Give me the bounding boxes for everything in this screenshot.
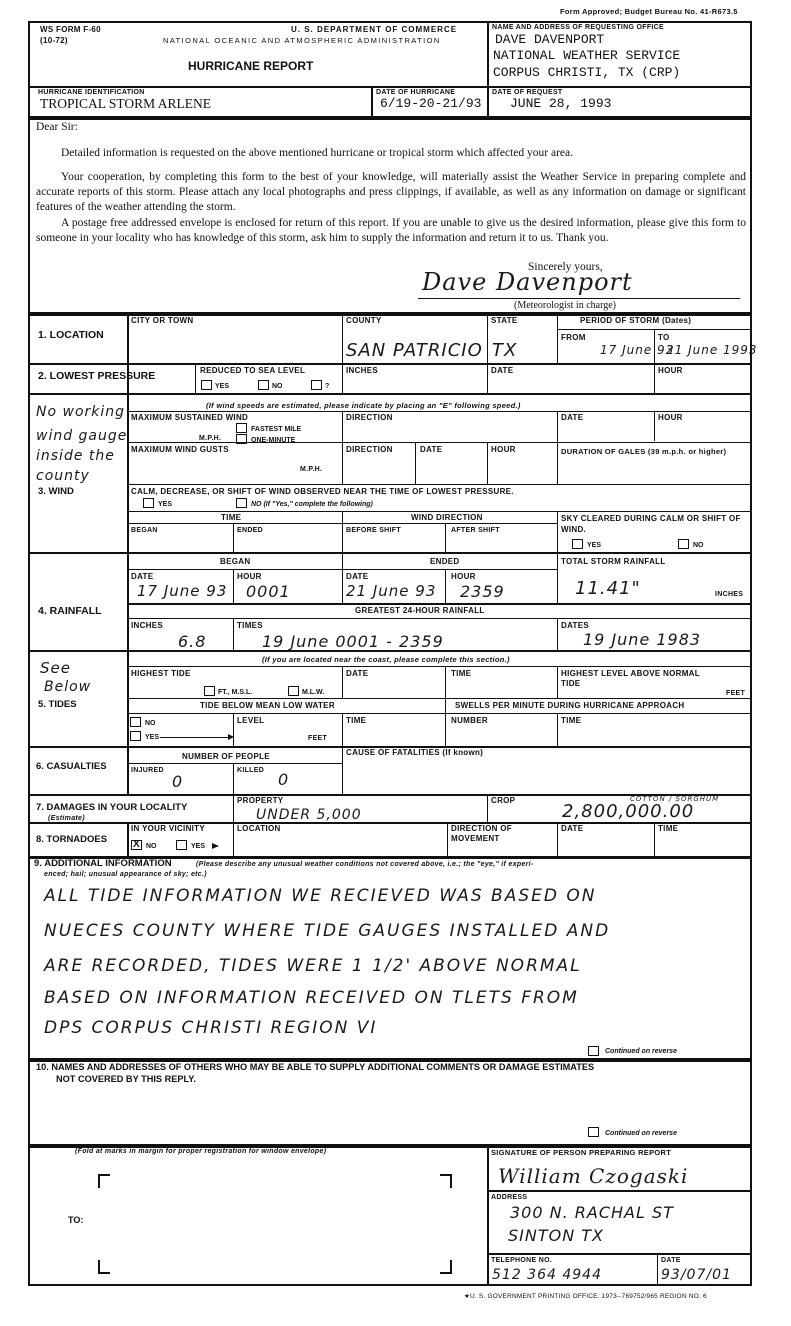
sky-no-checkbox[interactable] [678, 539, 689, 549]
others-continued-checkbox[interactable] [588, 1127, 599, 1137]
reduced-label: REDUCED TO SEA LEVEL [200, 367, 305, 375]
number-of-people-label: NUMBER OF PEOPLE [182, 753, 270, 761]
form-date: (10-72) [40, 37, 68, 45]
county-label: COUNTY [346, 317, 382, 325]
injured-label: INJURED [131, 767, 164, 774]
signature-label: SIGNATURE OF PERSON PREPARING REPORT [491, 1149, 671, 1157]
section-tornadoes: 8. TORNADOES [36, 835, 107, 845]
state-label: STATE [491, 317, 518, 325]
section-casualties: 6. CASUALTIES [36, 762, 107, 772]
tornado-yes-checkbox[interactable] [176, 840, 187, 850]
after-shift-label: AFTER SHIFT [451, 527, 500, 534]
rain-ended-date-label: DATE [346, 573, 368, 581]
city-label: CITY OR TOWN [131, 317, 193, 325]
additional-info-line[interactable]: BASED ON INFORMATION RECEIVED ON TLETS F… [44, 990, 579, 1007]
fold-mark-icon [440, 1174, 452, 1188]
ended-label: ENDED [237, 527, 263, 534]
before-shift-label: BEFORE SHIFT [346, 527, 401, 534]
additional-info-line[interactable]: ALL TIDE INFORMATION WE RECIEVED WAS BAS… [44, 888, 596, 905]
date-of-hurricane-label: DATE OF HURRICANE [376, 89, 455, 96]
cause-of-fatalities-label: CAUSE OF FATALITIES (If known) [346, 749, 483, 757]
wind-margin-note: No working [36, 405, 125, 419]
total-rainfall-label: TOTAL STORM RAINFALL [561, 558, 666, 566]
killed-value[interactable]: 0 [278, 772, 289, 788]
section-lowest-pressure: 2. LOWEST PRESSURE [38, 371, 155, 383]
below-mlw-yes-checkbox[interactable] [130, 731, 141, 741]
rain-ended-hour[interactable]: 2359 [460, 584, 505, 600]
letter-paragraph: Detailed information is requested on the… [36, 146, 746, 161]
damages-estimate: (Estimate) [48, 815, 85, 822]
arrow-right-icon [212, 843, 219, 849]
rain-began-date[interactable]: 17 June 93 [137, 584, 227, 599]
below-mlw-level-label: LEVEL [237, 717, 264, 725]
highest-level-label: HIGHEST LEVEL ABOVE NORMAL [561, 670, 700, 678]
sky-yes-checkbox[interactable] [572, 539, 583, 549]
property-value[interactable]: UNDER 5,000 [256, 808, 362, 822]
footer-date-value[interactable]: 93/07/01 [661, 1268, 732, 1282]
preparer-signature[interactable]: William Czogaski [498, 1166, 688, 1186]
rain-ended-label: ENDED [430, 558, 460, 566]
telephone-label: TELEPHONE NO. [491, 1257, 552, 1264]
max-sustained-label: MAXIMUM SUSTAINED WIND [131, 414, 248, 422]
swells-number-label: NUMBER [451, 717, 488, 725]
section-damages: 7. DAMAGES IN YOUR LOCALITY [36, 803, 187, 813]
wind-direction-label: WIND DIRECTION [411, 514, 483, 522]
pressure-inches-label: INCHES [346, 367, 378, 375]
form-number: WS FORM F-60 [40, 26, 101, 34]
header-rule [28, 86, 752, 88]
hurricane-id-value: TROPICAL STORM ARLENE [40, 97, 211, 111]
page-title: HURRICANE REPORT [188, 60, 313, 73]
greatest-inches-value[interactable]: 6.8 [178, 634, 206, 650]
sky-cleared-label: SKY CLEARED DURING CALM OR SHIFT OF WIND… [561, 513, 747, 535]
period-label: PERIOD OF STORM (Dates) [580, 317, 691, 325]
rain-began-hour[interactable]: 0001 [246, 584, 291, 600]
tornado-time-label: TIME [658, 825, 678, 833]
greatest-inches-label: INCHES [131, 622, 163, 630]
pressure-no-checkbox[interactable] [258, 380, 269, 390]
pressure-unknown-checkbox[interactable] [311, 380, 322, 390]
sustained-direction-label: DIRECTION [346, 414, 393, 422]
rain-began-hour-label: HOUR [237, 573, 262, 581]
address-line[interactable]: 300 N. RACHAL ST [510, 1205, 674, 1221]
tornado-direction-label: DIRECTION OF [451, 825, 512, 833]
from-value[interactable]: 17 June 93 [600, 344, 674, 356]
crop-value[interactable]: 2,800,000.00 [562, 803, 694, 821]
hurricane-id-label: HURRICANE IDENTIFICATION [38, 89, 145, 96]
calm-yes-checkbox[interactable] [143, 498, 154, 508]
from-label: FROM [561, 334, 586, 342]
calm-shift-label: CALM, DECREASE, OR SHIFT OF WIND OBSERVE… [131, 488, 514, 496]
rain-began-label: BEGAN [220, 558, 250, 566]
fastest-mile-checkbox[interactable] [236, 423, 247, 433]
coast-note: (If you are located near the coast, plea… [262, 656, 510, 664]
department: U. S. DEPARTMENT OF COMMERCE [291, 26, 457, 34]
administration: NATIONAL OCEANIC AND ATMOSPHERIC ADMINIS… [163, 37, 441, 45]
tide-time-label: TIME [451, 670, 471, 678]
letter-signature: Dave Davenport [422, 270, 633, 294]
gusts-date-label: DATE [420, 446, 442, 454]
below-mlw-label: TIDE BELOW MEAN LOW WATER [200, 702, 335, 710]
fold-mark-icon [440, 1260, 452, 1274]
state-value[interactable]: TX [492, 342, 517, 360]
tides-margin-note: Below [44, 680, 91, 694]
additional-info-line[interactable]: DPS CORPUS CHRISTI REGION VI [44, 1020, 377, 1037]
pressure-date-label: DATE [491, 367, 513, 375]
tornado-no-checkbox[interactable] [131, 840, 142, 850]
section-others: 10. NAMES AND ADDRESSES OF OTHERS WHO MA… [36, 1062, 594, 1072]
pressure-hour-label: HOUR [658, 367, 683, 375]
tornado-date-label: DATE [561, 825, 583, 833]
wind-margin-note: inside the [36, 449, 115, 463]
calm-no-checkbox[interactable] [236, 498, 247, 508]
section-wind: 3. WIND [38, 487, 74, 497]
to-label: TO [658, 334, 670, 342]
total-rainfall-value[interactable]: 11.41" [575, 580, 641, 598]
wind-estimate-note: (If wind speeds are estimated, please in… [206, 402, 521, 410]
requesting-office-label: NAME AND ADDRESS OF REQUESTING OFFICE [492, 24, 664, 31]
to-label: TO: [68, 1216, 83, 1226]
max-gusts-label: MAXIMUM WIND GUSTS [131, 446, 229, 454]
printing-office: ★U. S. GOVERNMENT PRINTING OFFICE: 1973-… [464, 1294, 707, 1301]
pressure-yes-checkbox[interactable] [201, 380, 212, 390]
began-label: BEGAN [131, 527, 158, 534]
injured-value[interactable]: 0 [172, 774, 183, 790]
arrow-right-icon [160, 737, 232, 738]
county-value[interactable]: SAN PATRICIO [346, 342, 483, 360]
rain-ended-date[interactable]: 21 June 93 [346, 584, 436, 599]
letter-paragraph: Your cooperation, by completing this for… [36, 170, 746, 215]
additional-instructions: (Please describe any unusual weather con… [196, 861, 534, 868]
sustained-date-label: DATE [561, 414, 583, 422]
killed-label: KILLED [237, 767, 264, 774]
tides-margin-note: See [40, 661, 71, 676]
letter-paragraph: A postage free addressed envelope is enc… [36, 216, 746, 246]
date-of-request-label: DATE OF REQUEST [492, 89, 562, 96]
date-of-hurricane-value: 6/19-20-21/93 [380, 97, 481, 110]
section-additional-info: 9. ADDITIONAL INFORMATION [34, 859, 172, 869]
vicinity-label: IN YOUR VICINITY [131, 825, 205, 833]
tide-date-label: DATE [346, 670, 368, 678]
crop-label: CROP [491, 797, 515, 805]
additional-continued-checkbox[interactable] [588, 1046, 599, 1056]
header-divider [487, 21, 489, 118]
form-approval: Form Approved; Budget Bureau No. 41-R673… [560, 8, 738, 16]
section-tides: 5. TIDES [38, 700, 77, 710]
additional-info-line[interactable]: NUECES COUNTY WHERE TIDE GAUGES INSTALLE… [44, 923, 610, 940]
signer-title: (Meteorologist in charge) [514, 298, 616, 313]
section-location: 1. LOCATION [38, 330, 104, 342]
tornado-location-label: LOCATION [237, 825, 281, 833]
property-label: PROPERTY [237, 797, 283, 805]
gusts-direction-label: DIRECTION [346, 446, 393, 454]
wind-margin-note: county [36, 469, 90, 483]
fold-mark-icon [98, 1174, 110, 1188]
greatest-times-value[interactable]: 19 June 0001 - 2359 [262, 634, 444, 650]
telephone-value[interactable]: 512 364 4944 [492, 1268, 602, 1282]
greatest-24h-label: GREATEST 24-HOUR RAINFALL [355, 607, 485, 615]
section-rainfall: 4. RAINFALL [38, 606, 102, 618]
greatest-dates-value[interactable]: 19 June 1983 [583, 632, 701, 648]
time-label: TIME [221, 514, 241, 522]
swells-label: SWELLS PER MINUTE DURING HURRICANE APPRO… [455, 702, 685, 710]
additional-info-line[interactable]: ARE RECORDED, TIDES WERE 1 1/2' ABOVE NO… [44, 958, 582, 975]
fold-mark-icon [98, 1260, 110, 1274]
greatest-dates-label: DATES [561, 622, 589, 630]
sustained-hour-label: HOUR [658, 414, 683, 422]
greatest-times-label: TIMES [237, 622, 263, 630]
rain-ended-hour-label: HOUR [451, 573, 476, 581]
below-mlw-time-label: TIME [346, 717, 366, 725]
requesting-office-line: CORPUS CHRISTI, TX (CRP) [493, 66, 680, 79]
mlw-checkbox[interactable] [288, 686, 299, 696]
requesting-office-line: NATIONAL WEATHER SERVICE [493, 49, 680, 62]
date-of-request-value: JUNE 28, 1993 [510, 97, 611, 110]
address-label: ADDRESS [491, 1194, 527, 1201]
swells-time-label: TIME [561, 717, 581, 725]
address-line[interactable]: SINTON TX [508, 1228, 604, 1244]
duration-gales-label: DURATION OF GALES (39 m.p.h. or higher) [561, 446, 747, 457]
ft-msl-checkbox[interactable] [204, 686, 215, 696]
salutation: Dear Sir: [36, 120, 78, 135]
footer-date-label: DATE [661, 1257, 681, 1264]
rain-began-date-label: DATE [131, 573, 153, 581]
fold-note: (Fold at marks in margin for proper regi… [75, 1148, 326, 1155]
to-value[interactable]: 21 June 1993 [666, 344, 758, 356]
below-mlw-no-checkbox[interactable] [130, 717, 141, 727]
gusts-hour-label: HOUR [491, 446, 516, 454]
requesting-office-line: DAVE DAVENPORT [495, 33, 604, 46]
wind-margin-note: wind gauge [36, 429, 127, 443]
highest-tide-label: HIGHEST TIDE [131, 670, 191, 678]
